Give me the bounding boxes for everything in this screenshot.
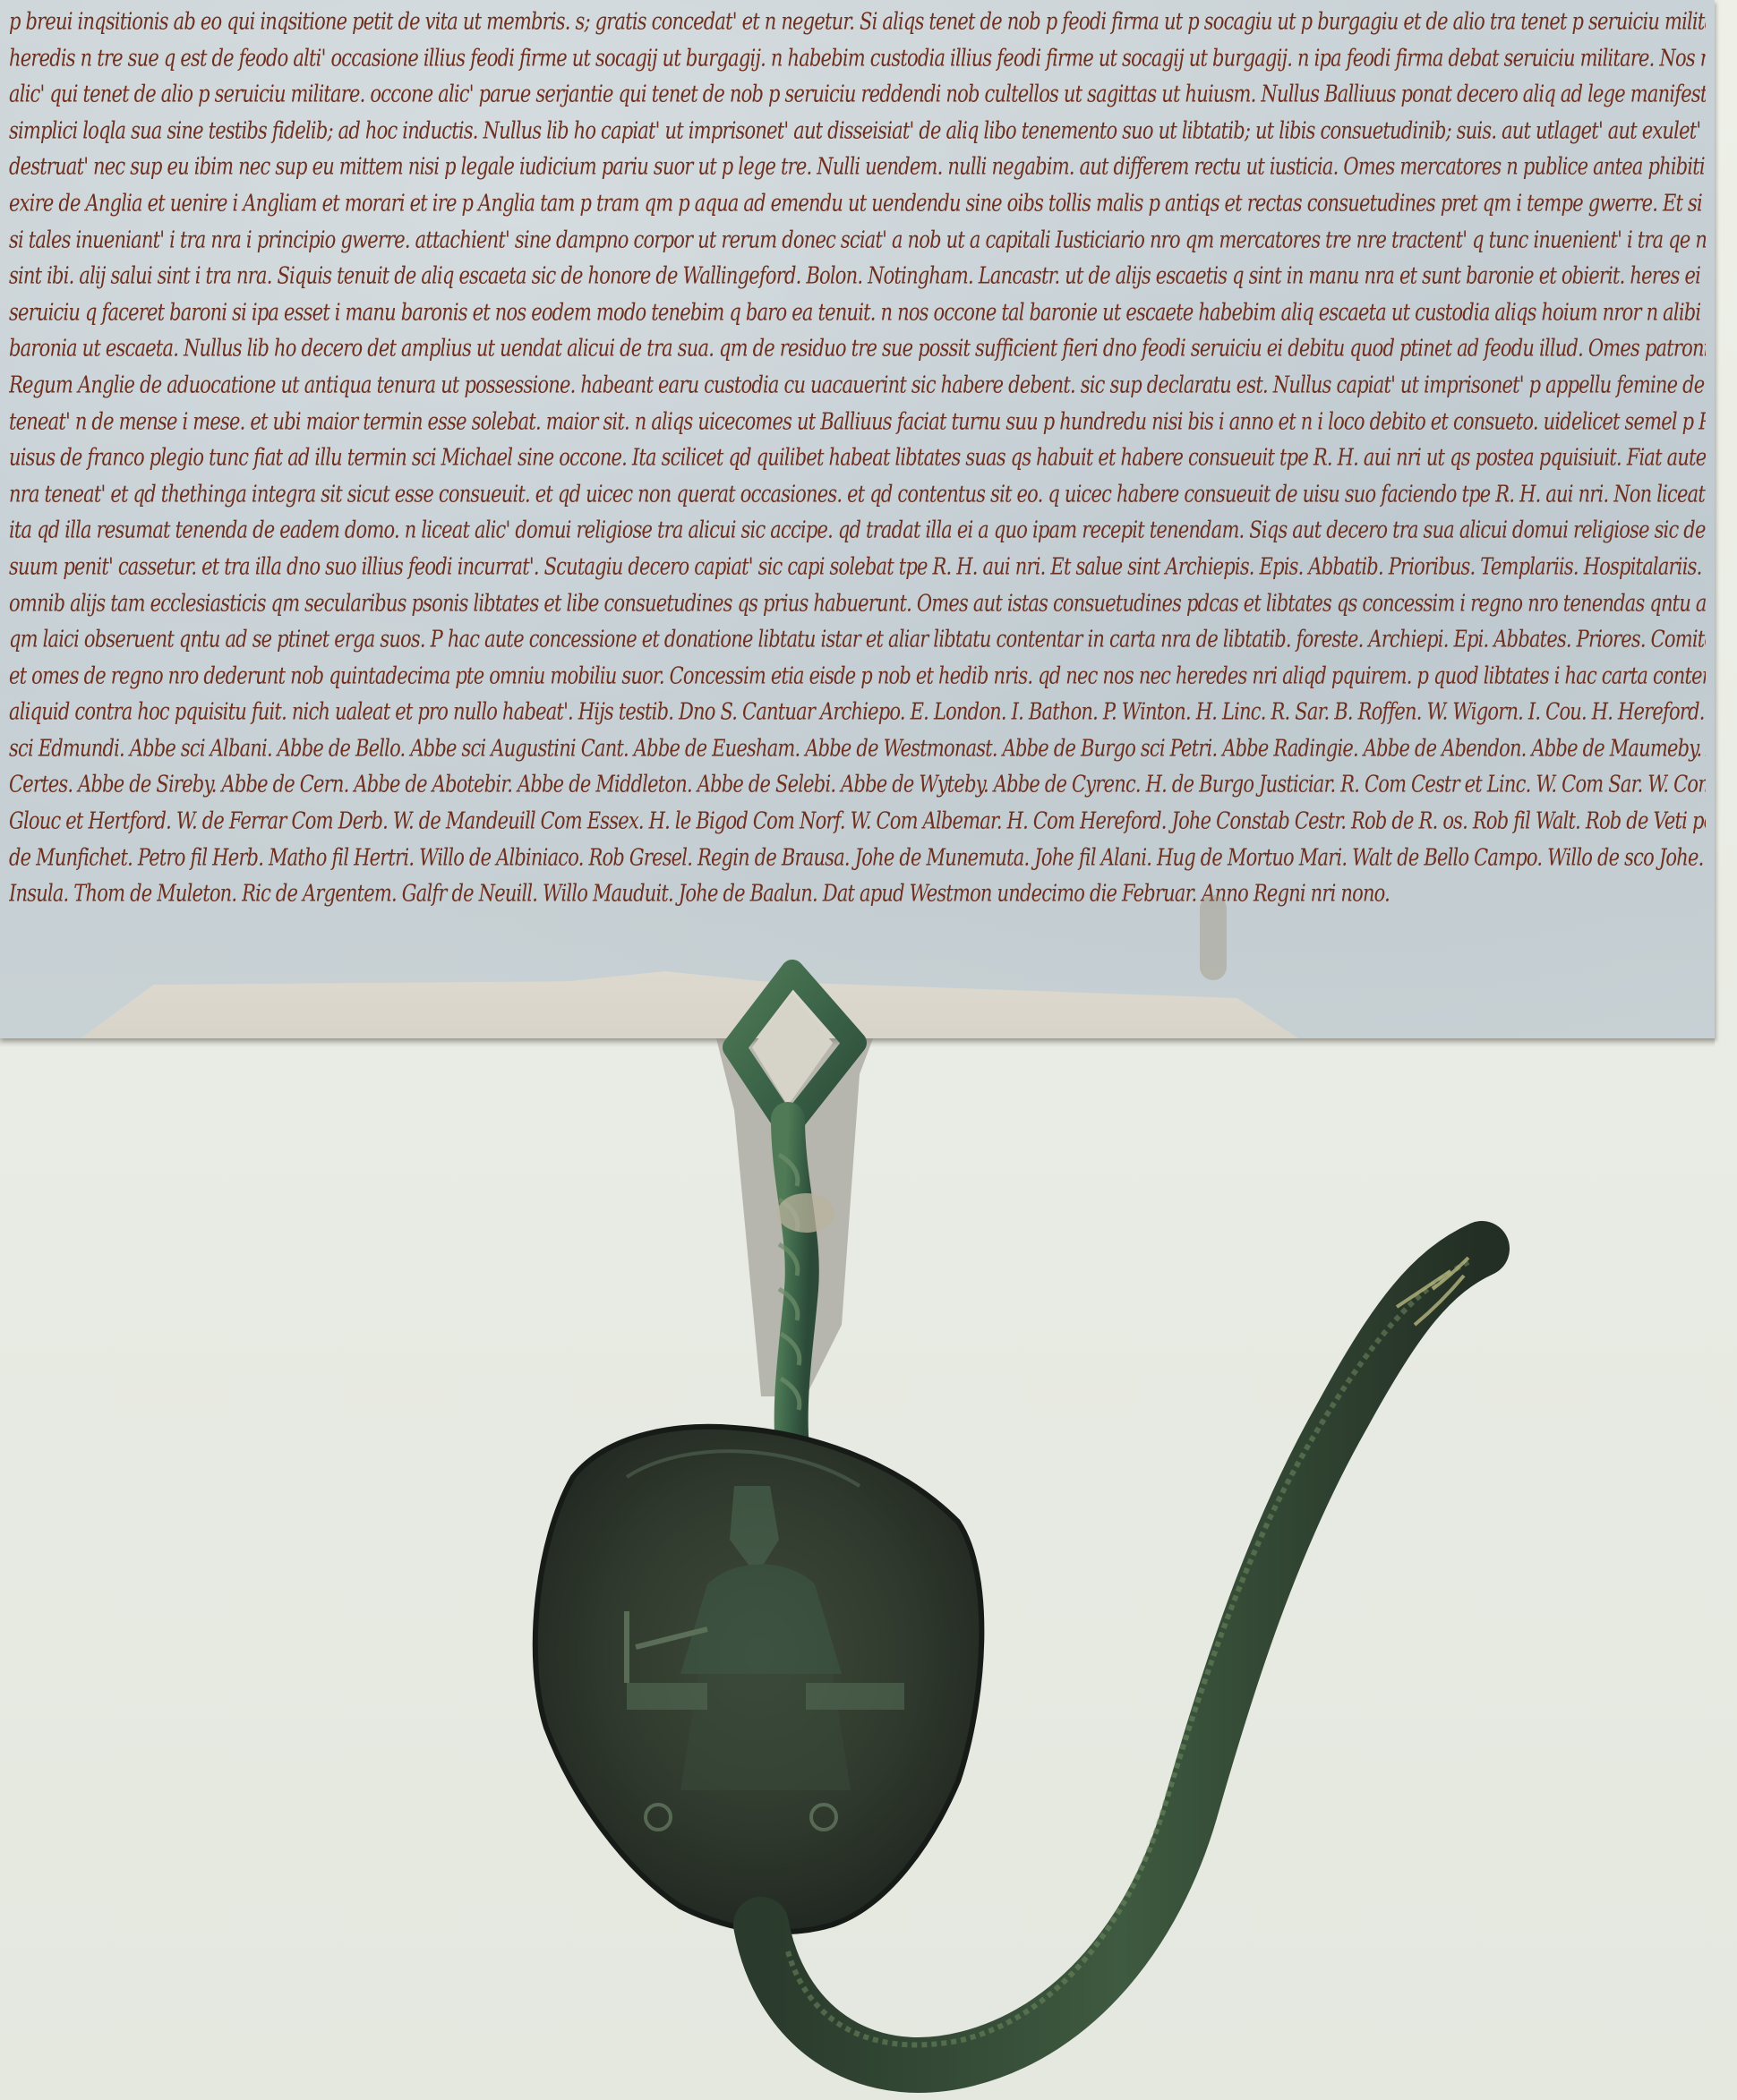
seal-and-cords: [0, 0, 1737, 2100]
fabric-tie: [777, 1193, 834, 1233]
